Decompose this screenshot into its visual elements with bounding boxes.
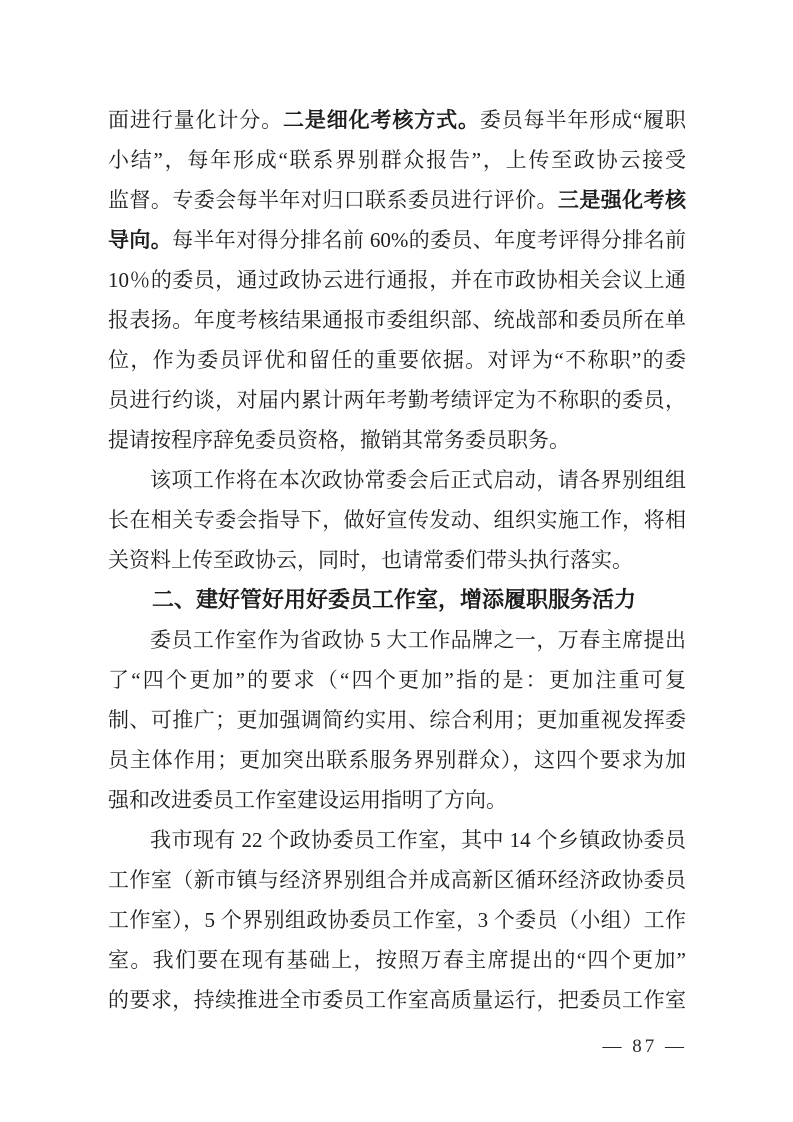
text-line: 强和改进委员工作室建设运用指明了方向。 [108,780,686,820]
text-run: 面进行量化计分。 [108,108,283,132]
bold-phrase: 二、建好管好用好委员工作室，增添履职服务活力 [152,587,636,612]
document-body: 面进行量化计分。二是细化考核方式。委员每半年形成“履职小结”，每年形成“联系界别… [108,100,686,1020]
text-run: 强和改进委员工作室建设运用指明了方向。 [108,788,507,812]
text-line: 委员工作室作为省政协 5 大工作品牌之一，万春主席提出 [108,620,686,660]
text-run: 长在相关专委会指导下，做好宣传发动、组织实施工作，将相 [108,508,686,532]
text-line: 监督。专委会每半年对归口联系委员进行评价。三是强化考核 [108,180,686,220]
text-run: 员进行约谈，对届内累计两年考勤考绩评定为不称职的委员， [108,388,686,412]
text-run: 位，作为委员评优和留任的重要依据。对评为“不称职”的委 [108,348,686,372]
text-line: 制、可推广；更加强调简约实用、综合利用；更加重视发挥委 [108,700,686,740]
text-line: 小结”，每年形成“联系界别群众报告”，上传至政协云接受 [108,140,686,180]
text-line: 我市现有 22 个政协委员工作室，其中 14 个乡镇政协委员 [108,820,686,860]
bold-phrase: 三是强化考核 [558,188,686,212]
text-run: 员主体作用；更加突出联系服务界别群众），这四个要求为加 [108,748,686,772]
document-page: 面进行量化计分。二是细化考核方式。委员每半年形成“履职小结”，每年形成“联系界别… [0,0,793,1122]
text-run: 我市现有 22 个政协委员工作室，其中 14 个乡镇政协委员 [150,828,686,852]
text-line: 位，作为委员评优和留任的重要依据。对评为“不称职”的委 [108,340,686,380]
text-line: 提请按程序辞免委员资格，撤销其常务委员职务。 [108,420,686,460]
bold-phrase: 导向。 [108,228,172,252]
text-run: 工作室），5 个界别组政协委员工作室，3 个委员（小组）工作 [108,908,686,932]
text-run: 委员每半年形成“履职 [480,108,686,132]
text-line: 工作室），5 个界别组政协委员工作室，3 个委员（小组）工作 [108,900,686,940]
text-run: 提请按程序辞免委员资格，撤销其常务委员职务。 [108,428,570,452]
bold-phrase: 二是细化考核方式。 [283,108,480,132]
text-run: 室。我们要在现有基础上，按照万春主席提出的“四个更加” [108,948,686,972]
text-run: 该项工作将在本次政协常委会后正式启动，请各界别组组 [150,468,686,492]
text-line: 工作室（新市镇与经济界别组合并成高新区循环经济政协委员 [108,860,686,900]
text-run: 关资料上传至政协云，同时，也请常委们带头执行落实。 [108,548,633,572]
text-line: 了“四个更加”的要求（“四个更加”指的是：更加注重可复 [108,660,686,700]
text-run: 监督。专委会每半年对归口联系委员进行评价。 [108,188,558,212]
text-line: 员主体作用；更加突出联系服务界别群众），这四个要求为加 [108,740,686,780]
text-line: 长在相关专委会指导下，做好宣传发动、组织实施工作，将相 [108,500,686,540]
page-number: — 87 — [603,1034,688,1060]
text-run: 10％的委员，通过政协云进行通报，并在市政协相关会议上通 [108,268,686,292]
text-line: 面进行量化计分。二是细化考核方式。委员每半年形成“履职 [108,100,686,140]
text-run: 每半年对得分排名前 60%的委员、年度考评得分排名前 [172,228,686,252]
text-run: 小结”，每年形成“联系界别群众报告”，上传至政协云接受 [108,148,686,172]
text-run: 了“四个更加”的要求（“四个更加”指的是：更加注重可复 [108,668,686,692]
section-heading: 二、建好管好用好委员工作室，增添履职服务活力 [108,580,686,620]
text-line: 的要求，持续推进全市委员工作室高质量运行，把委员工作室 [108,980,686,1020]
text-line: 报表扬。年度考核结果通报市委组织部、统战部和委员所在单 [108,300,686,340]
text-run: 制、可推广；更加强调简约实用、综合利用；更加重视发挥委 [108,708,686,732]
text-run: 工作室（新市镇与经济界别组合并成高新区循环经济政协委员 [108,868,686,892]
text-line: 导向。每半年对得分排名前 60%的委员、年度考评得分排名前 [108,220,686,260]
text-line: 10％的委员，通过政协云进行通报，并在市政协相关会议上通 [108,260,686,300]
text-line: 关资料上传至政协云，同时，也请常委们带头执行落实。 [108,540,686,580]
text-line: 员进行约谈，对届内累计两年考勤考绩评定为不称职的委员， [108,380,686,420]
text-run: 报表扬。年度考核结果通报市委组织部、统战部和委员所在单 [108,308,686,332]
text-run: 的要求，持续推进全市委员工作室高质量运行，把委员工作室 [108,988,686,1012]
text-line: 该项工作将在本次政协常委会后正式启动，请各界别组组 [108,460,686,500]
text-run: 委员工作室作为省政协 5 大工作品牌之一，万春主席提出 [150,628,686,652]
text-line: 室。我们要在现有基础上，按照万春主席提出的“四个更加” [108,940,686,980]
